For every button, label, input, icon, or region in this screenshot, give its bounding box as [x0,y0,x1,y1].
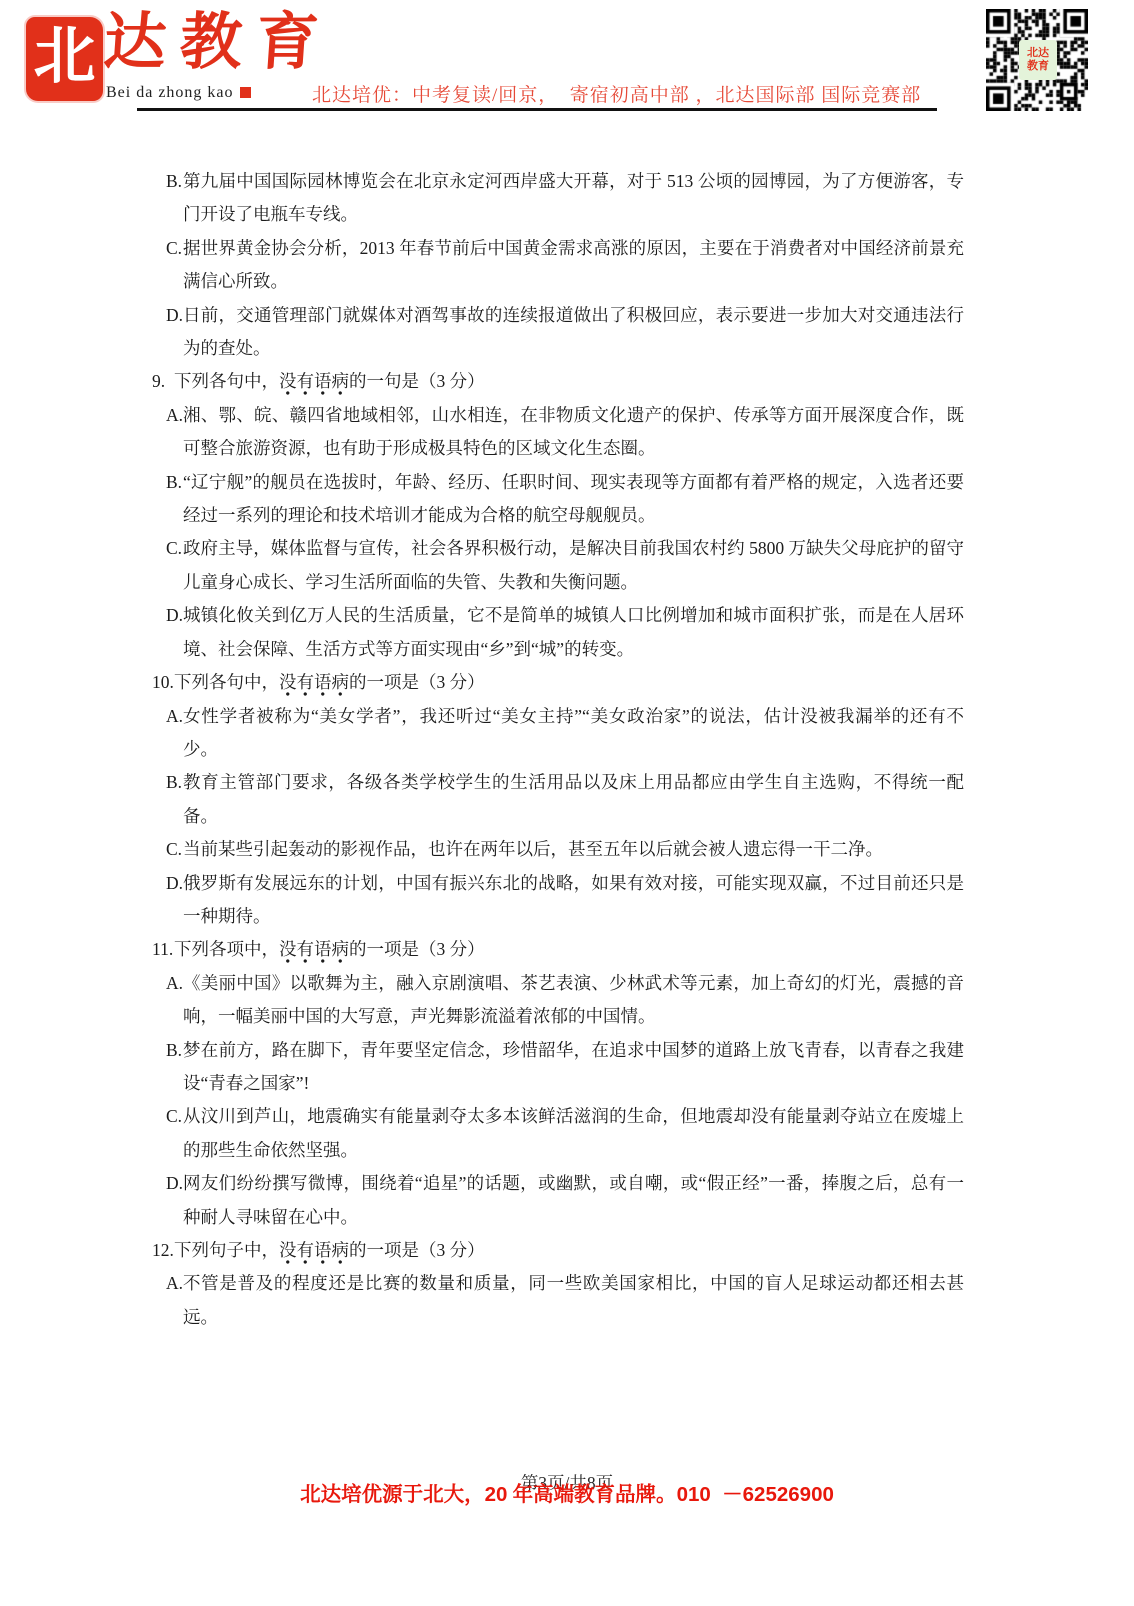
option-letter: A. [166,399,183,466]
option-letter: B. [166,466,183,533]
option-text: 网友们纷纷撰写微博，围绕着“追星”的话题，或幽默，或自嘲，或“假正经”一番，捧腹… [183,1167,964,1234]
question-stem: 下列各句中，没有语病的一句是（3 分） [174,365,964,398]
option-text: 政府主导，媒体监督与宣传，社会各界积极行动，是解决目前我国农村约 5800 万缺… [183,532,964,599]
option-row: C.据世界黄金协会分析，2013 年春节前后中国黄金需求高涨的原因，主要在于消费… [166,232,964,299]
stem-text: 的一项是（3 分） [349,1240,485,1260]
option-row: D.城镇化攸关到亿万人民的生活质量，它不是简单的城镇人口比例增加和城市面积扩张，… [166,599,964,666]
option-letter: A. [166,967,183,1034]
qr-label-line2: 教育 [1027,60,1049,73]
option-text: 《美丽中国》以歌舞为主，融入京剧演唱、茶艺表演、少林武术等元素，加上奇幻的灯光，… [183,967,964,1034]
option-text: 教育主管部门要求，各级各类学校学生的生活用品以及床上用品都应由学生自主选购，不得… [183,766,964,833]
stamp-character: 北 [33,26,95,88]
option-text: 据世界黄金协会分析，2013 年春节前后中国黄金需求高涨的原因，主要在于消费者对… [183,232,964,299]
question-number: 11. [152,933,174,966]
option-text: 梦在前方，路在脚下，青年要坚定信念，珍惜韶华，在追求中国梦的道路上放飞青春，以青… [183,1034,964,1101]
footer-promo-line: 北达培优源于北大，20 年高端教育品牌。010 －62526900 [0,1477,1134,1507]
stem-text: 的一句是（3 分） [349,371,485,391]
option-letter: C. [166,1100,183,1167]
option-row: C.政府主导，媒体监督与宣传，社会各界积极行动，是解决目前我国农村约 5800 … [166,532,964,599]
stem-text: 下列句子中， [174,1240,279,1260]
header-divider [137,108,937,111]
promo-text: 北达培优源于北大， [300,1484,485,1506]
promo-number: 20 [485,1483,508,1506]
option-row: A.湘、鄂、皖、赣四省地域相邻，山水相连，在非物质文化遗产的保护、传承等方面开展… [166,399,964,466]
stem-text: 下列各句中， [174,672,279,692]
option-row: B.“辽宁舰”的舰员在选拔时，年龄、经历、任职时间、现实表现等方面都有着严格的规… [166,466,964,533]
option-text: 当前某些引起轰动的影视作品，也许在两年以后，甚至五年以后就会被人遗忘得一干二净。 [183,833,964,866]
option-letter: D. [166,867,183,934]
option-row: A.女性学者被称为“美女学者”，我还听过“美女主持”“美女政治家”的说法，估计没… [166,700,964,767]
stem-emphasized-text: 没有语病 [279,371,349,396]
qr-label-line1: 北达 [1027,47,1049,60]
option-row: B.第九届中国国际园林博览会在北京永定河西岸盛大开幕，对于 513 公顷的园博园… [166,165,964,232]
option-text: 湘、鄂、皖、赣四省地域相邻，山水相连，在非物质文化遗产的保护、传承等方面开展深度… [183,399,964,466]
promo-text: 年高端教育品牌。 [507,1484,676,1506]
option-letter: C. [166,833,183,866]
option-text: 从汶川到芦山，地震确实有能量剥夺太多本该鲜活滋润的生命，但地震却没有能量剥夺站立… [183,1100,964,1167]
option-text: 日前，交通管理部门就媒体对酒驾事故的连续报道做出了积极回应，表示要进一步加大对交… [183,299,964,366]
option-text: “辽宁舰”的舰员在选拔时，年龄、经历、任职时间、现实表现等方面都有着严格的规定，… [183,466,964,533]
question-number: 10. [152,666,174,699]
header-tagline: 北达培优：中考复读/回京， 寄宿初高中部 ，北达国际部 国际竞赛部 [312,80,921,107]
question-stem: 下列各项中，没有语病的一项是（3 分） [174,933,964,966]
stem-text: 下列各项中， [174,939,279,959]
option-text: 第九届中国国际园林博览会在北京永定河西岸盛大开幕，对于 513 公顷的园博园，为… [183,165,964,232]
option-row: B.梦在前方，路在脚下，青年要坚定信念，珍惜韶华，在追求中国梦的道路上放飞青春，… [166,1034,964,1101]
option-row: B.教育主管部门要求，各级各类学校学生的生活用品以及床上用品都应由学生自主选购，… [166,766,964,833]
question-number: 9. [152,365,174,398]
option-text: 俄罗斯有发展远东的计划，中国有振兴东北的战略，如果有效对接，可能实现双赢，不过目… [183,867,964,934]
option-text: 女性学者被称为“美女学者”，我还听过“美女主持”“美女政治家”的说法，估计没被我… [183,700,964,767]
question-number: 12. [152,1234,174,1267]
question-row: 9.下列各句中，没有语病的一句是（3 分） [152,365,964,398]
option-letter: D. [166,1167,183,1234]
brand-subtitle-text: Bei da zhong kao [106,84,234,101]
option-letter: B. [166,1034,183,1101]
question-stem: 下列各句中，没有语病的一项是（3 分） [174,666,964,699]
option-letter: B. [166,766,183,833]
option-row: C.从汶川到芦山，地震确实有能量剥夺太多本该鲜活滋润的生命，但地震却没有能量剥夺… [166,1100,964,1167]
stem-emphasized-text: 没有语病 [279,939,349,964]
promo-number: 010 －62526900 [677,1483,834,1506]
option-row: A.《美丽中国》以歌舞为主，融入京剧演唱、茶艺表演、少林武术等元素，加上奇幻的灯… [166,967,964,1034]
option-letter: C. [166,532,183,599]
stem-text: 下列各句中， [174,371,279,391]
question-row: 12.下列句子中，没有语病的一项是（3 分） [152,1234,964,1267]
question-row: 11.下列各项中，没有语病的一项是（3 分） [152,933,964,966]
document-body: B.第九届中国国际园林博览会在北京永定河西岸盛大开幕，对于 513 公顷的园博园… [152,165,964,1334]
stem-emphasized-text: 没有语病 [279,672,349,697]
option-row: D.网友们纷纷撰写微博，围绕着“追星”的话题，或幽默，或自嘲，或“假正经”一番，… [166,1167,964,1234]
question-stem: 下列句子中，没有语病的一项是（3 分） [174,1234,964,1267]
option-letter: A. [166,1267,183,1334]
option-letter: C. [166,232,183,299]
option-letter: B. [166,165,183,232]
red-square-icon [240,87,251,98]
brand-title: 达教育 [101,6,334,80]
option-row: C.当前某些引起轰动的影视作品，也许在两年以后，甚至五年以后就会被人遗忘得一干二… [166,833,964,866]
option-letter: D. [166,599,183,666]
qr-code: 北达 教育 [986,9,1088,111]
brand-stamp-logo: 北 [26,17,103,101]
option-text: 不管是普及的程度还是比赛的数量和质量，同一些欧美国家相比，中国的盲人足球运动都还… [183,1267,964,1334]
option-row: D.俄罗斯有发展远东的计划，中国有振兴东北的战略，如果有效对接，可能实现双赢，不… [166,867,964,934]
question-row: 10.下列各句中，没有语病的一项是（3 分） [152,666,964,699]
brand-subtitle: Bei da zhong kao [106,84,251,102]
option-row: D.日前，交通管理部门就媒体对酒驾事故的连续报道做出了积极回应，表示要进一步加大… [166,299,964,366]
option-letter: D. [166,299,183,366]
qr-center-label: 北达 教育 [1019,40,1057,80]
stem-text: 的一项是（3 分） [349,939,485,959]
stem-emphasized-text: 没有语病 [279,1240,349,1265]
option-text: 城镇化攸关到亿万人民的生活质量，它不是简单的城镇人口比例增加和城市面积扩张，而是… [183,599,964,666]
option-row: A.不管是普及的程度还是比赛的数量和质量，同一些欧美国家相比，中国的盲人足球运动… [166,1267,964,1334]
stem-text: 的一项是（3 分） [349,672,485,692]
option-letter: A. [166,700,183,767]
